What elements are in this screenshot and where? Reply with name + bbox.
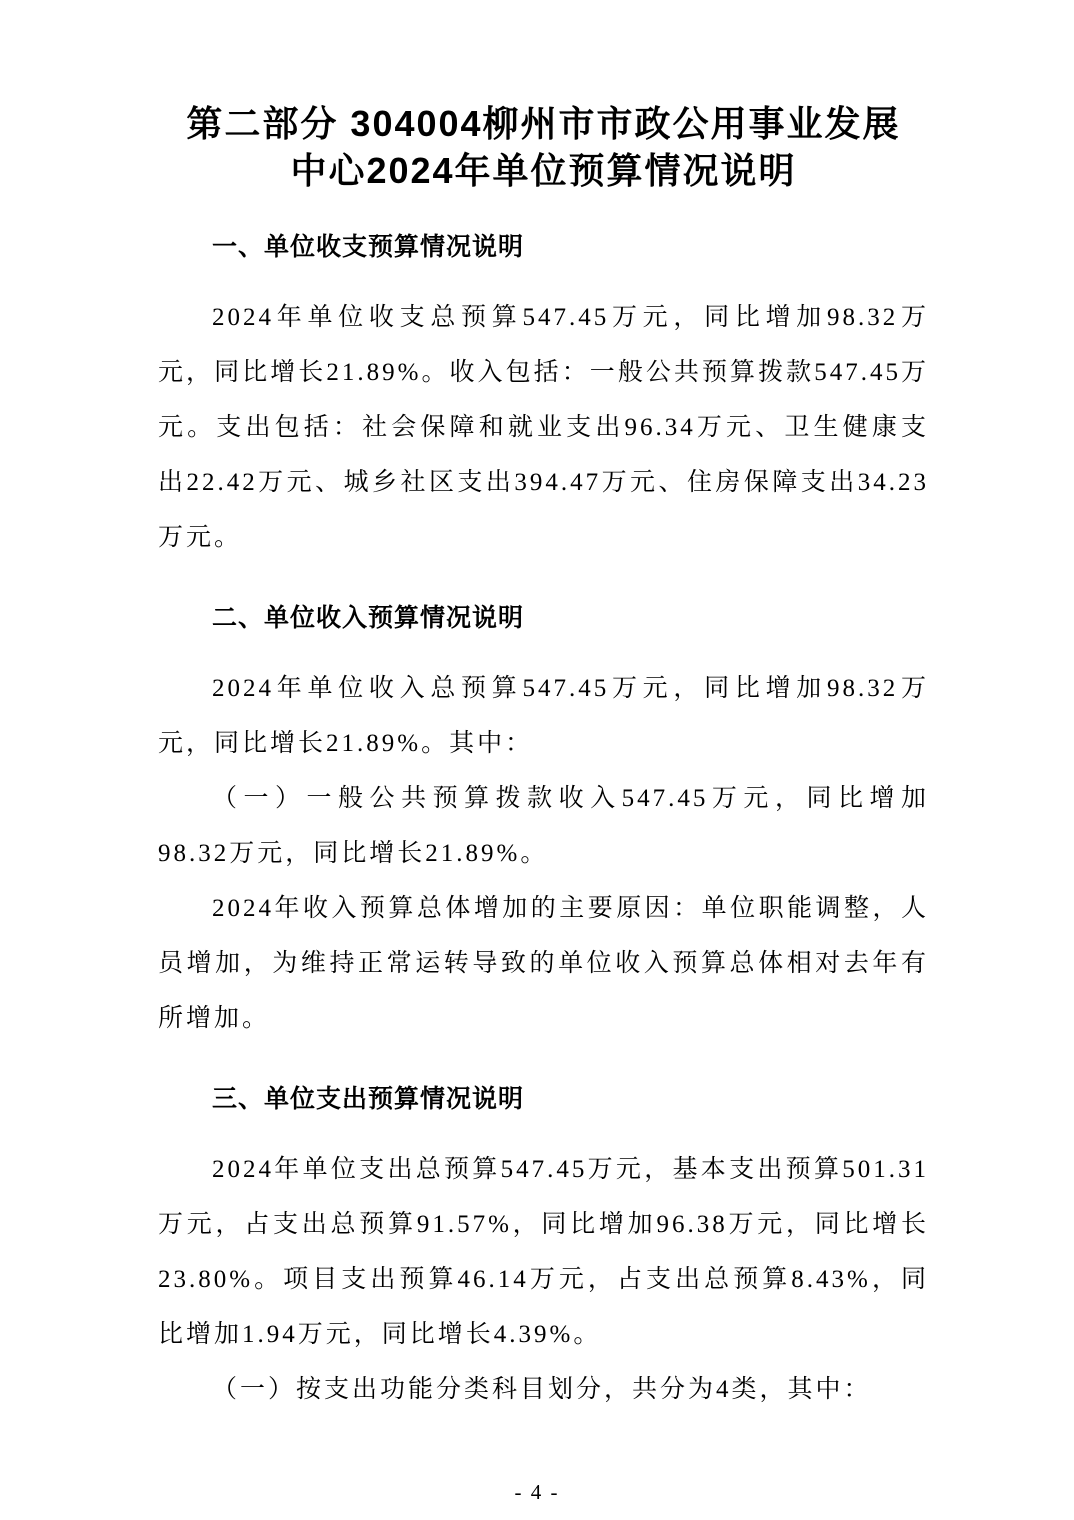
section-heading-income-expenditure: 一、单位收支预算情况说明 — [158, 232, 929, 262]
document-title-line-2: 中心2024年单位预算情况说明 — [290, 150, 796, 191]
section-heading-expenditure: 三、单位支出预算情况说明 — [158, 1084, 929, 1114]
paragraph-income-increase-reason: 2024年收入预算总体增加的主要原因：单位职能调整，人员增加，为维持正常运转导致… — [158, 881, 929, 1046]
paragraph-expenditure-classification: （一）按支出功能分类科目划分，共分为4类，其中： — [158, 1362, 929, 1417]
paragraph-income-summary: 2024年单位收入总预算547.45万元，同比增加98.32万元，同比增长21.… — [158, 661, 929, 771]
paragraph-income-expenditure-summary: 2024年单位收支总预算547.45万元，同比增加98.32万元，同比增长21.… — [158, 290, 929, 565]
document-content: 第二部分 304004柳州市市政公用事业发展 中心2024年单位预算情况说明 一… — [158, 100, 929, 1417]
paragraph-expenditure-summary: 2024年单位支出总预算547.45万元，基本支出预算501.31万元，占支出总… — [158, 1142, 929, 1362]
document-page: 第二部分 304004柳州市市政公用事业发展 中心2024年单位预算情况说明 一… — [0, 0, 1074, 1520]
page-number: - 4 - — [0, 1482, 1074, 1503]
paragraph-income-item-1: （一）一般公共预算拨款收入547.45万元，同比增加98.32万元，同比增长21… — [158, 771, 929, 881]
section-heading-income: 二、单位收入预算情况说明 — [158, 603, 929, 633]
document-title-line-1: 第二部分 304004柳州市市政公用事业发展 — [186, 103, 900, 144]
document-title: 第二部分 304004柳州市市政公用事业发展 中心2024年单位预算情况说明 — [158, 100, 929, 194]
